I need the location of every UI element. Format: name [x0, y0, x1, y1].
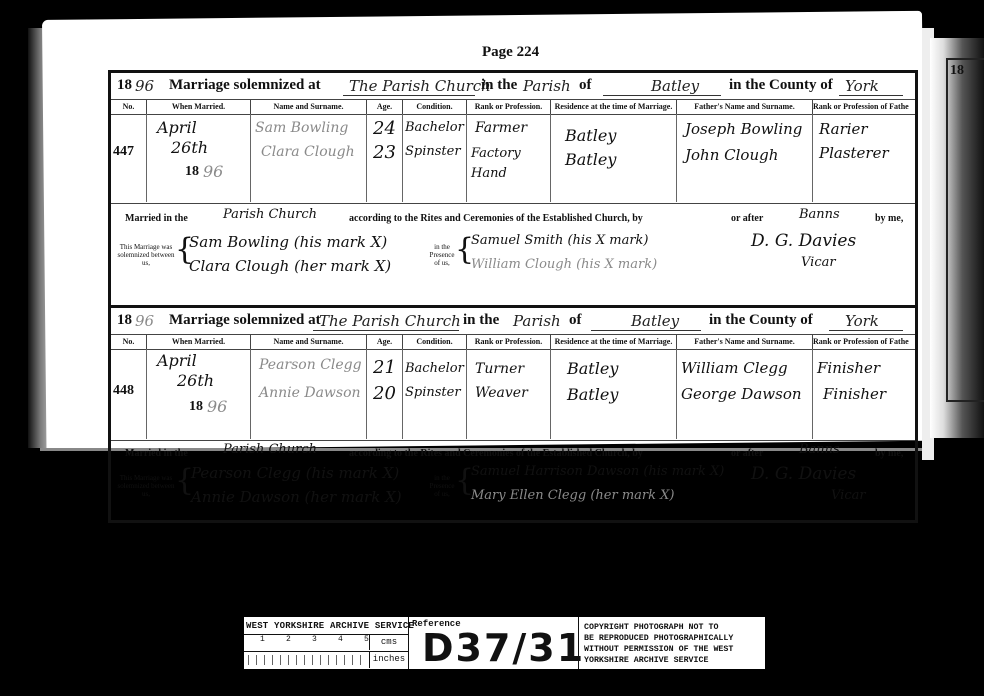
place-line	[591, 312, 701, 331]
cell-father-name: Joseph Bowling John Clough	[677, 114, 813, 202]
bride-residence: Batley	[567, 385, 618, 404]
bride-name: Annie Dawson	[259, 385, 361, 401]
groom-residence: Batley	[567, 359, 618, 378]
cell-rank: Turner Weaver	[467, 349, 551, 439]
year-prefix: 18	[189, 399, 203, 415]
bride-age: 20	[373, 383, 396, 404]
bride-father-name: George Dawson	[681, 385, 802, 403]
bride-condition: Spinster	[405, 144, 461, 159]
solemnized-between-label: This Marriage was solemnized between us,	[117, 474, 175, 498]
col-name: Name and Surname.	[251, 335, 367, 349]
col-father-name: Father's Name and Surname.	[677, 100, 813, 114]
cell-rank: Farmer Factory Hand	[467, 114, 551, 202]
col-rank: Rank or Profession.	[467, 335, 551, 349]
groom-father-name: Joseph Bowling	[685, 120, 802, 138]
cell-condition: Bachelor Spinster	[403, 349, 467, 439]
year-prefix: 18	[117, 77, 132, 94]
next-page-edge: 18	[930, 38, 984, 438]
married-in-value: Parish Church	[223, 442, 317, 457]
rites-text: according to the Rites and Ceremonies of…	[349, 448, 643, 459]
or-after-label: or after	[731, 448, 763, 459]
col-rank: Rank or Profession.	[467, 100, 551, 114]
cell-names: Pearson Clegg Annie Dawson	[251, 349, 367, 439]
page-number: Page 224	[482, 44, 539, 61]
inch-ruler	[248, 655, 366, 665]
month: April	[157, 118, 197, 137]
cm-label: cms	[369, 634, 408, 650]
year-suffix: 96	[135, 77, 154, 95]
col-when-married: When Married.	[147, 335, 251, 349]
in-the-label: in the	[463, 312, 499, 329]
by-me-label: by me,	[875, 448, 903, 459]
col-residence: Residence at the time of Marriage.	[551, 335, 677, 349]
bride-signature: Clara Clough (her mark X)	[189, 257, 391, 275]
col-condition: Condition.	[403, 335, 467, 349]
married-in-label: Married in the	[125, 213, 188, 224]
col-no: No.	[111, 100, 147, 114]
entry-header: 18 96 Marriage solemnized at The Parish …	[111, 75, 915, 97]
archive-title: WEST YORKSHIRE ARCHIVE SERVICE	[246, 621, 414, 631]
county-line	[829, 312, 903, 331]
copyright-line: BE REPRODUCED PHOTOGRAPHICALLY	[584, 633, 764, 644]
groom-signature: Sam Bowling (his mark X)	[189, 233, 387, 251]
married-in-value: Parish Church	[223, 207, 317, 222]
day: 26th	[171, 138, 208, 157]
bride-father-name: John Clough	[685, 146, 778, 164]
cell-names: Sam Bowling Clara Clough	[251, 114, 367, 202]
married-in-label: Married in the	[125, 448, 188, 459]
solemnized-at-line	[313, 312, 459, 331]
bride-rank: Factory Hand	[471, 144, 541, 184]
groom-name: Sam Bowling	[255, 120, 348, 136]
cm-tick: 2	[286, 635, 291, 644]
year-prefix: 18	[185, 164, 199, 180]
presence-label: in the Presence of us,	[427, 243, 457, 267]
day: 26th	[177, 371, 214, 390]
cm-tick: 3	[312, 635, 317, 644]
row-divider	[111, 203, 915, 204]
groom-father-name: William Clegg	[681, 359, 788, 377]
scale-ruler-panel: WEST YORKSHIRE ARCHIVE SERVICE 1 2 3 4 5…	[244, 617, 409, 669]
place-line	[603, 77, 721, 96]
row-divider	[111, 440, 915, 441]
officiant-title: Vicar	[831, 488, 866, 503]
col-residence: Residence at the time of Marriage.	[551, 100, 677, 114]
cell-no: 447	[111, 114, 147, 202]
groom-age: 21	[373, 357, 396, 378]
inch-label: inches	[369, 651, 408, 668]
col-no: No.	[111, 335, 147, 349]
groom-father-rank: Rarier	[819, 120, 868, 138]
by-me-label: by me,	[875, 213, 903, 224]
copyright-line: WITHOUT PERMISSION OF THE WEST	[584, 644, 764, 655]
cell-when-married: April 26th 18 96	[147, 349, 251, 439]
year-prefix: 18	[117, 312, 132, 329]
solemnized-between-label: This Marriage was solemnized between us,	[117, 243, 175, 267]
bride-signature: Annie Dawson (her mark X)	[191, 488, 402, 506]
col-condition: Condition.	[403, 100, 467, 114]
col-father-rank: Rank or Profession of Father.	[813, 335, 909, 349]
bride-father-rank: Plasterer	[819, 144, 889, 162]
presence-label: in the Presence of us,	[427, 474, 457, 498]
district: Parish	[513, 312, 561, 330]
cell-residence: Batley Batley	[551, 114, 677, 202]
bride-rank: Weaver	[475, 385, 528, 401]
reference-panel: Reference D37/31	[410, 617, 579, 669]
witness-signature-2: William Clough (his X mark)	[471, 257, 657, 272]
bride-residence: Batley	[565, 150, 616, 169]
bride-father-rank: Finisher	[823, 385, 886, 403]
or-after-label: or after	[731, 213, 763, 224]
in-the-label: in the	[481, 77, 517, 94]
column-headers: No. When Married. Name and Surname. Age.…	[111, 334, 915, 350]
copyright-line: COPYRIGHT PHOTOGRAPH NOT TO	[584, 622, 764, 633]
groom-residence: Batley	[565, 126, 616, 145]
archive-reference-strip: WEST YORKSHIRE ARCHIVE SERVICE 1 2 3 4 5…	[244, 617, 765, 669]
col-age: Age.	[367, 335, 403, 349]
cell-father-name: William Clegg George Dawson	[677, 349, 813, 439]
or-after-value: Banns	[799, 207, 840, 222]
of-label: of	[569, 312, 582, 329]
officiant-signature: D. G. Davies	[751, 231, 856, 251]
witness-signature-1: Samuel Smith (his X mark)	[471, 233, 649, 248]
year-suffix: 96	[135, 312, 154, 330]
cell-condition: Bachelor Spinster	[403, 114, 467, 202]
solemnized-at-line	[343, 77, 475, 96]
cell-when-married: April 26th 18 96	[147, 114, 251, 202]
year-suffix: 96	[207, 397, 227, 416]
next-page-label: 18	[950, 63, 964, 79]
officiant-signature: D. G. Davies	[751, 464, 856, 484]
copyright-notice: COPYRIGHT PHOTOGRAPH NOT TO BE REPRODUCE…	[584, 622, 764, 666]
solemnized-label: Marriage solemnized at	[169, 77, 321, 94]
cell-father-rank: Finisher Finisher	[813, 349, 909, 439]
reference-code: D37/31	[422, 626, 585, 670]
cell-ages: 21 20	[367, 349, 403, 439]
cell-father-rank: Rarier Plasterer	[813, 114, 909, 202]
col-father-rank: Rank or Profession of Father.	[813, 100, 909, 114]
col-age: Age.	[367, 100, 403, 114]
entry-number: 448	[113, 383, 134, 399]
cm-tick: 4	[338, 635, 343, 644]
solemnized-label: Marriage solemnized at	[169, 312, 321, 329]
bride-condition: Spinster	[405, 385, 461, 400]
county-label: in the County of	[709, 312, 813, 329]
year-suffix: 96	[203, 162, 223, 181]
cell-ages: 24 23	[367, 114, 403, 202]
entry-header: 18 96 Marriage solemnized at The Parish …	[111, 310, 915, 332]
groom-rank: Turner	[475, 361, 524, 377]
bride-name: Clara Clough	[261, 144, 355, 160]
groom-father-rank: Finisher	[817, 359, 880, 377]
groom-signature: Pearson Clegg (his mark X)	[191, 464, 399, 482]
next-page-box	[946, 58, 984, 402]
officiant-title: Vicar	[801, 255, 836, 270]
column-headers: No. When Married. Name and Surname. Age.…	[111, 99, 915, 115]
groom-name: Pearson Clegg	[259, 357, 362, 373]
witness-signature-1: Samuel Harrison Dawson (his mark X)	[471, 464, 724, 479]
county-line	[839, 77, 903, 96]
rites-text: according to the Rites and Ceremonies of…	[349, 213, 643, 224]
groom-age: 24	[373, 118, 396, 139]
groom-condition: Bachelor	[405, 120, 464, 135]
copyright-line: YORKSHIRE ARCHIVE SERVICE	[584, 655, 764, 666]
marriage-entry-447: 18 96 Marriage solemnized at The Parish …	[108, 70, 918, 305]
cell-residence: Batley Batley	[551, 349, 677, 439]
witness-signature-2: Mary Ellen Clegg (her mark X)	[471, 488, 674, 503]
groom-rank: Farmer	[475, 120, 527, 136]
cell-no: 448	[111, 349, 147, 439]
groom-condition: Bachelor	[405, 361, 464, 376]
cm-tick: 1	[260, 635, 265, 644]
col-father-name: Father's Name and Surname.	[677, 335, 813, 349]
month: April	[157, 351, 197, 370]
or-after-value: Banns	[799, 442, 840, 457]
col-when-married: When Married.	[147, 100, 251, 114]
bride-age: 23	[373, 142, 396, 163]
marriage-entry-448: 18 96 Marriage solemnized at The Parish …	[108, 305, 918, 523]
county-label: in the County of	[729, 77, 833, 94]
col-name: Name and Surname.	[251, 100, 367, 114]
district: Parish	[523, 77, 571, 95]
of-label: of	[579, 77, 592, 94]
entry-number: 447	[113, 144, 134, 160]
